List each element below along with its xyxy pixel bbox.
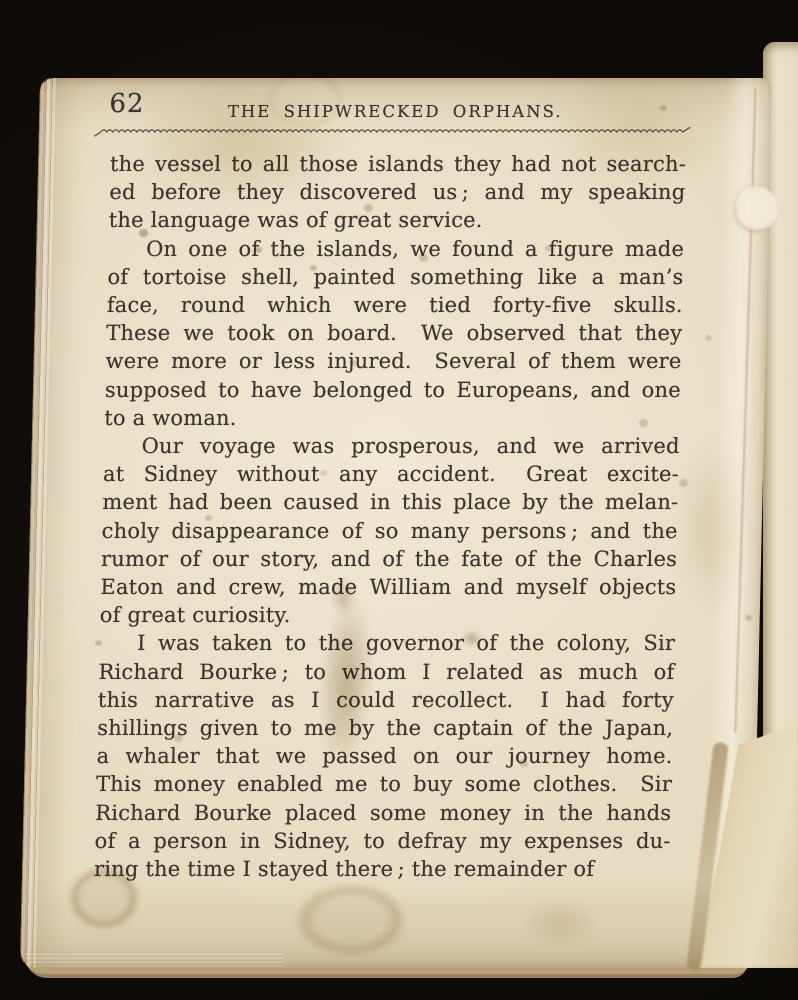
- text-line: I was taken to the governor of the colon…: [99, 629, 676, 657]
- paragraph: the vessel to all those islands they had…: [108, 150, 686, 235]
- text-line: a whaler that we passed on our journey h…: [96, 742, 673, 770]
- paragraph: Our voyage was prosperous, and we arrive…: [99, 432, 679, 629]
- text-line: rumor of our story, and of the fate of t…: [101, 545, 678, 573]
- text-line: ment had been caused in this place by th…: [102, 488, 679, 516]
- page-left-edge: [20, 78, 56, 968]
- text-line: supposed to have belonged to Europeans, …: [105, 376, 682, 404]
- text-line: Eaton and crew, made William and myself …: [100, 573, 677, 601]
- text-line: the language was of great service.: [108, 206, 685, 234]
- text-line: the vessel to all those islands they had…: [110, 150, 687, 178]
- paragraph: On one of the islands, we found a figure…: [104, 235, 684, 432]
- paragraph: I was taken to the governor of the colon…: [94, 629, 676, 883]
- text-line: Richard Bourke ; to whom I related as mu…: [98, 658, 675, 686]
- page-bottom-edge: [24, 952, 284, 966]
- text-line: of a person in Sidney, to defray my expe…: [94, 827, 671, 855]
- text-line: Our voyage was prosperous, and we arrive…: [103, 432, 680, 460]
- book-page: 62 THE SHIPWRECKED ORPHANS. the vessel t…: [20, 78, 772, 968]
- book-scan: 62 THE SHIPWRECKED ORPHANS. the vessel t…: [0, 0, 798, 1000]
- text-line: face, round which were tied forty-five s…: [107, 291, 684, 319]
- text-line: this narrative as I could recollect. I h…: [98, 686, 675, 714]
- text-line: at Sidney without any accident. Great ex…: [103, 460, 680, 488]
- text-line: shillings given to me by the captain of …: [97, 714, 674, 742]
- body-text: the vessel to all those islands they had…: [94, 150, 687, 883]
- text-line: This money enabled me to buy some clothe…: [96, 770, 673, 798]
- running-title: THE SHIPWRECKED ORPHANS.: [95, 102, 695, 121]
- text-line: were more or less injured. Several of th…: [105, 347, 682, 375]
- text-line: of tortoise shell, painted something lik…: [107, 263, 684, 291]
- text-line: choly disappearance of so many persons ;…: [101, 517, 678, 545]
- wavy-rule: [94, 126, 694, 139]
- text-line: On one of the islands, we found a figure…: [108, 235, 685, 263]
- text-line: Richard Bourke placed some money in the …: [95, 799, 672, 827]
- text-line: ring the time I stayed there ; the remai…: [94, 855, 671, 883]
- text-line: These we took on board. We observed that…: [106, 319, 683, 347]
- text-line: of great curiosity.: [99, 601, 676, 629]
- text-line: to a woman.: [104, 404, 681, 432]
- text-line: ed before they discovered us ; and my sp…: [109, 178, 686, 206]
